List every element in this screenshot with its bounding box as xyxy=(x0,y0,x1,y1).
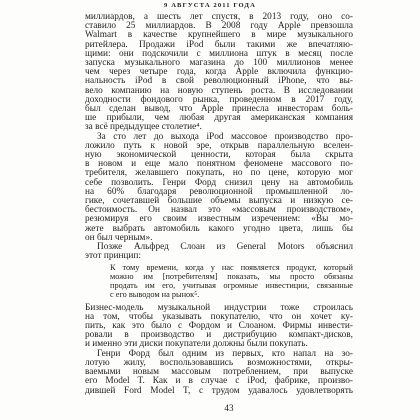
paragraph: За сто лет до выхода iPod массовое произ… xyxy=(85,133,353,243)
book-page: 9 АВГУСТА 2011 ГОДА миллиардов, а шесть … xyxy=(0,0,420,420)
text-line: дившей Ford Model T, с трудом удавалось … xyxy=(85,387,353,396)
text-line: с его выводом на рынок⁵. xyxy=(110,291,353,300)
paragraph: Генри Форд был одним из первых, кто напа… xyxy=(85,350,353,396)
text-line: этот принцип: xyxy=(85,252,353,261)
paragraph: Позже Альфред Слоан из General Motors об… xyxy=(85,243,353,261)
paragraph: миллиардов, а шесть лет спустя, в 2013 г… xyxy=(85,13,353,133)
text-column: миллиардов, а шесть лет спустя, в 2013 г… xyxy=(85,13,353,396)
paragraph: Бизнес-модель музыкальной индустрии тоже… xyxy=(85,304,353,350)
running-header: 9 АВГУСТА 2011 ГОДА xyxy=(0,2,420,9)
page-number: 43 xyxy=(224,403,233,413)
block-quote: К тому времени, когда у нас появляется п… xyxy=(110,264,353,299)
